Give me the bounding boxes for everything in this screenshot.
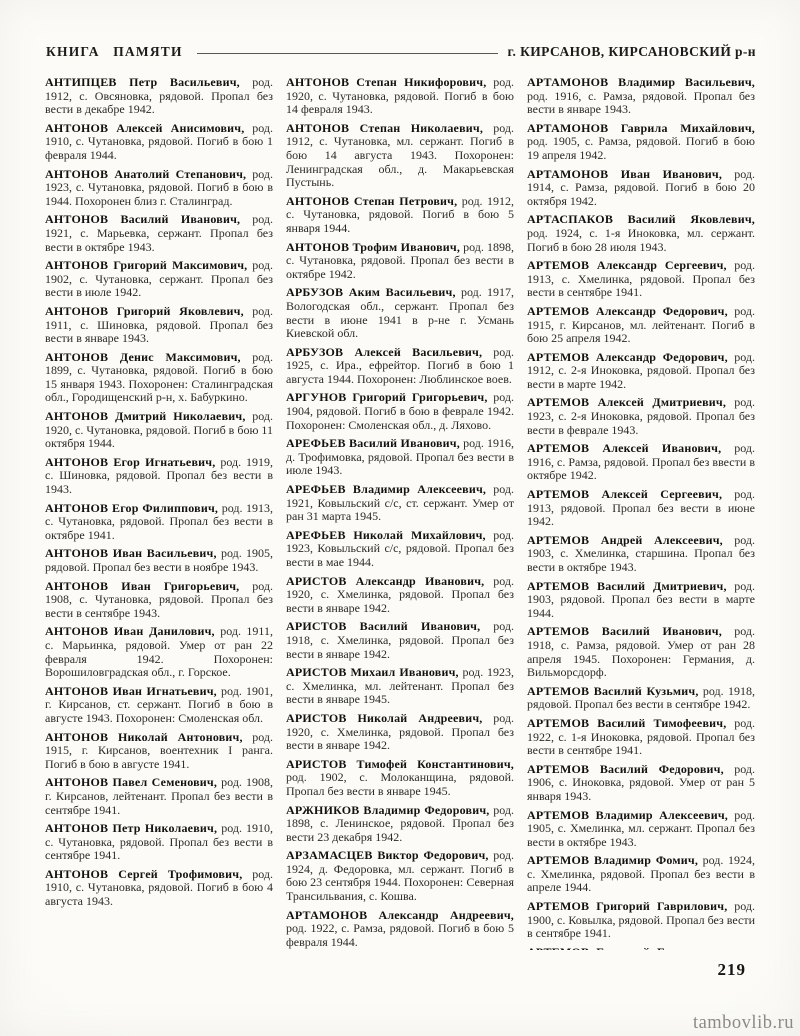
memorial-entry: АНТОНОВ Алексей Анисимович, род. 1910, с… [45, 122, 273, 163]
memorial-entry: АРТЕМОВ Григорий Гаврилович, род. 1910, … [527, 946, 755, 950]
entry-name: АРТЕМОВ Александр Сергеевич, [527, 258, 727, 272]
entry-name: АРТЕМОВ Василий Тимофеевич, [527, 716, 726, 730]
memorial-entry: АНТОНОВ Иван Васильевич, род. 1905, рядо… [45, 547, 273, 574]
memorial-entry: АРИСТОВ Александр Иванович, род. 1920, с… [286, 575, 514, 616]
memorial-entry: АРТАСПАКОВ Василий Яковлевич, род. 1924,… [527, 213, 755, 254]
entry-name: АРГУНОВ Григорий Григорьевич, [286, 390, 488, 404]
memorial-entry: АНТОНОВ Василий Иванович, род. 1921, с. … [45, 213, 273, 254]
memorial-entry: АРИСТОВ Михаил Иванович, род. 1923, с. Х… [286, 666, 514, 707]
memorial-entry: АРТЕМОВ Владимир Алексеевич, род. 1905, … [527, 809, 755, 850]
entry-name: АРТЕМОВ Андрей Алексеевич, [527, 533, 723, 547]
entry-name: АРТЕМОВ Василий Кузьмич, [527, 684, 699, 698]
entry-name: АРТЕМОВ Александр Федорович, [527, 350, 728, 364]
entry-name: АНТОНОВ Иван Данилович, [45, 624, 215, 638]
entry-text: род. 1902, с. Молоканщина, рядовой. Проп… [286, 770, 514, 798]
entry-name: АНТОНОВ Степан Николаевич, [286, 121, 483, 135]
memorial-entry: АНТОНОВ Иван Григорьевич, род. 1908, с. … [45, 580, 273, 621]
entry-name: АНТОНОВ Николай Антонович, [45, 730, 243, 744]
entry-name: АРЕФЬЕВ Василий Иванович, [286, 436, 460, 450]
memorial-entry: АРТАМОНОВ Александр Андреевич, род. 1922… [286, 909, 514, 950]
entry-name: АРТЕМОВ Василий Иванович, [527, 624, 722, 638]
memorial-entry: АРИСТОВ Василий Иванович, род. 1918, с. … [286, 620, 514, 661]
memorial-entry: АРТЕМОВ Александр Федорович, род. 1915, … [527, 305, 755, 346]
entry-name: АРИСТОВ Николай Андреевич, [286, 711, 483, 725]
memorial-entry: АНТОНОВ Иван Данилович, род. 1911, с. Ма… [45, 625, 273, 679]
header-divider-rule [197, 53, 498, 54]
memorial-entry: АНТОНОВ Павел Семенович, род. 1908, г. К… [45, 776, 273, 817]
memorial-entry: АРГУНОВ Григорий Григорьевич, род. 1904,… [286, 391, 514, 432]
entry-name: АРТЕМОВ Григорий Гаврилович, [527, 899, 727, 913]
memorial-entry: АРИСТОВ Тимофей Константинович, род. 190… [286, 758, 514, 799]
book-title: КНИГА ПАМЯТИ [46, 44, 183, 60]
memorial-entry: АРТЕМОВ Василий Федорович, род. 1906, с.… [527, 763, 755, 804]
entry-name: АРИСТОВ Тимофей Константинович, [286, 757, 514, 771]
memorial-entry: АРТЕМОВ Алексей Иванович, род. 1916, с. … [527, 442, 755, 483]
column-2: АНТОНОВ Степан Никифорович, род. 1920, с… [286, 76, 514, 950]
entry-text: род. 1916, с. Рамза, рядовой. Пропал без… [527, 89, 755, 117]
entry-name: АНТОНОВ Егор Игнатьевич, [45, 455, 215, 469]
page-header: КНИГА ПАМЯТИ г. КИРСАНОВ, КИРСАНОВСКИЙ р… [46, 44, 756, 60]
entry-name: АНТОНОВ Трофим Иванович, [286, 240, 460, 254]
memorial-entry: АНТОНОВ Егор Игнатьевич, род. 1919, с. Ш… [45, 456, 273, 497]
memorial-entry: АРТЕМОВ Василий Кузьмич, род. 1918, рядо… [527, 685, 755, 712]
memorial-entry: АРЕФЬЕВ Николай Михайлович, род. 1923, К… [286, 529, 514, 570]
memorial-entry: АРЖНИКОВ Владимир Федорович, род. 1898, … [286, 804, 514, 845]
entry-name: АРТЕМОВ Алексей Сергеевич, [527, 487, 722, 501]
entry-name: АРТЕМОВ Александр Федорович, [527, 304, 728, 318]
memorial-entry: АНТОНОВ Григорий Максимович, род. 1902, … [45, 259, 273, 300]
entry-name: АРТЕМОВ Алексей Дмитриевич, [527, 395, 726, 409]
entry-name: АРЗАМАСЦЕВ Виктор Федорович, [286, 848, 489, 862]
entry-name: АНТОНОВ Анатолий Степанович, [45, 167, 246, 181]
entry-name: АНТОНОВ Григорий Яковлевич, [45, 304, 244, 318]
column-3: АРТАМОНОВ Владимир Васильевич, род. 1916… [527, 76, 755, 950]
memorial-entry: АНТОНОВ Николай Антонович, род. 1915, г.… [45, 731, 273, 772]
memorial-entry: АРТЕМОВ Алексей Сергеевич, род. 1913, ря… [527, 488, 755, 529]
entry-name: АНТОНОВ Алексей Анисимович, [45, 121, 244, 135]
entry-name: АРТЕМОВ Василий Федорович, [527, 762, 724, 776]
entry-name: АРИСТОВ Александр Иванович, [286, 574, 484, 588]
memorial-entry: АРБУЗОВ Аким Васильевич, род. 1917, Воло… [286, 286, 514, 340]
entry-text: род. 1924, с. 1-я Иноковка, мл. сержант.… [527, 226, 755, 254]
memorial-entry: АРТАМОНОВ Владимир Васильевич, род. 1916… [527, 76, 755, 117]
entry-name: АРТЕМОВ Василий Дмитриевич, [527, 579, 727, 593]
entry-name: АНТОНОВ Иван Игнатьевич, [45, 684, 217, 698]
memorial-entry: АНТОНОВ Степан Петрович, род. 1912, с. Ч… [286, 195, 514, 236]
memorial-entry: АНТОНОВ Анатолий Степанович, род. 1923, … [45, 168, 273, 209]
entry-name: АРБУЗОВ Аким Васильевич, [286, 285, 456, 299]
memorial-entry: АНТОНОВ Егор Филиппович, род. 1913, с. Ч… [45, 502, 273, 543]
memorial-entry: АНТОНОВ Денис Максимович, род. 1899, с. … [45, 351, 273, 405]
memorial-entry: АНТОНОВ Сергей Трофимович, род. 1910, с.… [45, 868, 273, 909]
entry-name: АРТЕМОВ Владимир Фомич, [527, 853, 698, 867]
entry-name: АРТЕМОВ Владимир Алексеевич, [527, 808, 728, 822]
entry-name: АНТОНОВ Сергей Трофимович, [45, 867, 242, 881]
memorial-entry: АНТОНОВ Петр Николаевич, род. 1910, с. Ч… [45, 822, 273, 863]
entry-name: АНТОНОВ Егор Филиппович, [45, 501, 218, 515]
memorial-entry: АНТОНОВ Степан Николаевич, род. 1912, с.… [286, 122, 514, 190]
memorial-entry: АРТЕМОВ Григорий Гаврилович, род. 1900, … [527, 900, 755, 941]
district-title: г. КИРСАНОВ, КИРСАНОВСКИЙ р-н [508, 44, 756, 60]
memorial-entry: АРТЕМОВ Алексей Дмитриевич, род. 1923, с… [527, 396, 755, 437]
memorial-entry: АРТЕМОВ Андрей Алексеевич, род. 1903, с.… [527, 534, 755, 575]
watermark: tambovlib.ru [693, 1013, 794, 1034]
entry-name: АРТЕМОВ Алексей Иванович, [527, 441, 721, 455]
entry-name: АРЕФЬЕВ Николай Михайлович, [286, 528, 486, 542]
entry-name: АРИСТОВ Василий Иванович, [286, 619, 480, 633]
memorial-entry: АНТИПЦЕВ Петр Васильевич, род. 1912, с. … [45, 76, 273, 117]
memorial-entry: АНТОНОВ Трофим Иванович, род. 1898, с. Ч… [286, 241, 514, 282]
entry-name: АРТАМОНОВ Гаврила Михайлович, [527, 121, 755, 135]
memorial-entry: АНТОНОВ Дмитрий Николаевич, род. 1920, с… [45, 410, 273, 451]
entries-columns: АНТИПЦЕВ Петр Васильевич, род. 1912, с. … [45, 76, 755, 950]
entry-name: АРТАМОНОВ Иван Иванович, [527, 167, 722, 181]
entry-name: АНТОНОВ Дмитрий Николаевич, [45, 409, 246, 423]
entry-name: АНТИПЦЕВ Петр Васильевич, [45, 76, 240, 89]
entry-text: род. 1905, с. Рамза, рядовой. Погиб в бо… [527, 134, 755, 162]
entry-name: АНТОНОВ Степан Петрович, [286, 194, 457, 208]
column-1: АНТИПЦЕВ Петр Васильевич, род. 1912, с. … [45, 76, 273, 950]
entry-name: АНТОНОВ Григорий Максимович, [45, 258, 247, 272]
memorial-entry: АРЕФЬЕВ Владимир Алексеевич, род. 1921, … [286, 483, 514, 524]
memorial-entry: АНТОНОВ Григорий Яковлевич, род. 1911, с… [45, 305, 273, 346]
memorial-entry: АРЕФЬЕВ Василий Иванович, род. 1916, д. … [286, 437, 514, 478]
entry-name: АНТОНОВ Денис Максимович, [45, 350, 241, 364]
entry-name: АРТАМОНОВ Александр Андреевич, [286, 908, 514, 922]
entry-name: АНТОНОВ Василий Иванович, [45, 212, 240, 226]
memorial-entry: АРБУЗОВ Алексей Васильевич, род. 1925, с… [286, 346, 514, 387]
entry-name: АРТЕМОВ Григорий Гаврилович, [527, 945, 727, 950]
memorial-entry: АРТЕМОВ Александр Федорович, род. 1912, … [527, 351, 755, 392]
entry-name: АРИСТОВ Михаил Иванович, [286, 665, 459, 679]
entry-name: АНТОНОВ Иван Григорьевич, [45, 579, 239, 593]
entry-name: АНТОНОВ Степан Никифорович, [286, 76, 486, 89]
page-number: 219 [718, 960, 747, 980]
entry-name: АНТОНОВ Павел Семенович, [45, 775, 217, 789]
entry-name: АРТАМОНОВ Владимир Васильевич, [527, 76, 755, 89]
entry-name: АНТОНОВ Петр Николаевич, [45, 821, 217, 835]
memorial-entry: АРТАМОНОВ Иван Иванович, род. 1914, с. Р… [527, 168, 755, 209]
memorial-entry: АРТЕМОВ Василий Тимофеевич, род. 1922, с… [527, 717, 755, 758]
memorial-entry: АНТОНОВ Степан Никифорович, род. 1920, с… [286, 76, 514, 117]
entry-name: АРБУЗОВ Алексей Васильевич, [286, 345, 482, 359]
memorial-entry: АРТЕМОВ Александр Сергеевич, род. 1913, … [527, 259, 755, 300]
entry-name: АРТАСПАКОВ Василий Яковлевич, [527, 212, 755, 226]
entry-name: АРЖНИКОВ Владимир Федорович, [286, 803, 490, 817]
memorial-entry: АРТЕМОВ Василий Иванович, род. 1918, с. … [527, 625, 755, 679]
memorial-entry: АРЗАМАСЦЕВ Виктор Федорович, род. 1924, … [286, 849, 514, 903]
entry-text: род. 1922, с. Рамза, рядовой. Погиб в бо… [286, 921, 514, 949]
book-page: КНИГА ПАМЯТИ г. КИРСАНОВ, КИРСАНОВСКИЙ р… [0, 0, 800, 1036]
memorial-entry: АРИСТОВ Николай Андреевич, род. 1920, с.… [286, 712, 514, 753]
entry-name: АНТОНОВ Иван Васильевич, [45, 546, 217, 560]
memorial-entry: АРТЕМОВ Василий Дмитриевич, род. 1903, р… [527, 580, 755, 621]
memorial-entry: АНТОНОВ Иван Игнатьевич, род. 1901, г. К… [45, 685, 273, 726]
memorial-entry: АРТАМОНОВ Гаврила Михайлович, род. 1905,… [527, 122, 755, 163]
entry-name: АРЕФЬЕВ Владимир Алексеевич, [286, 482, 486, 496]
memorial-entry: АРТЕМОВ Владимир Фомич, род. 1924, с. Хм… [527, 854, 755, 895]
